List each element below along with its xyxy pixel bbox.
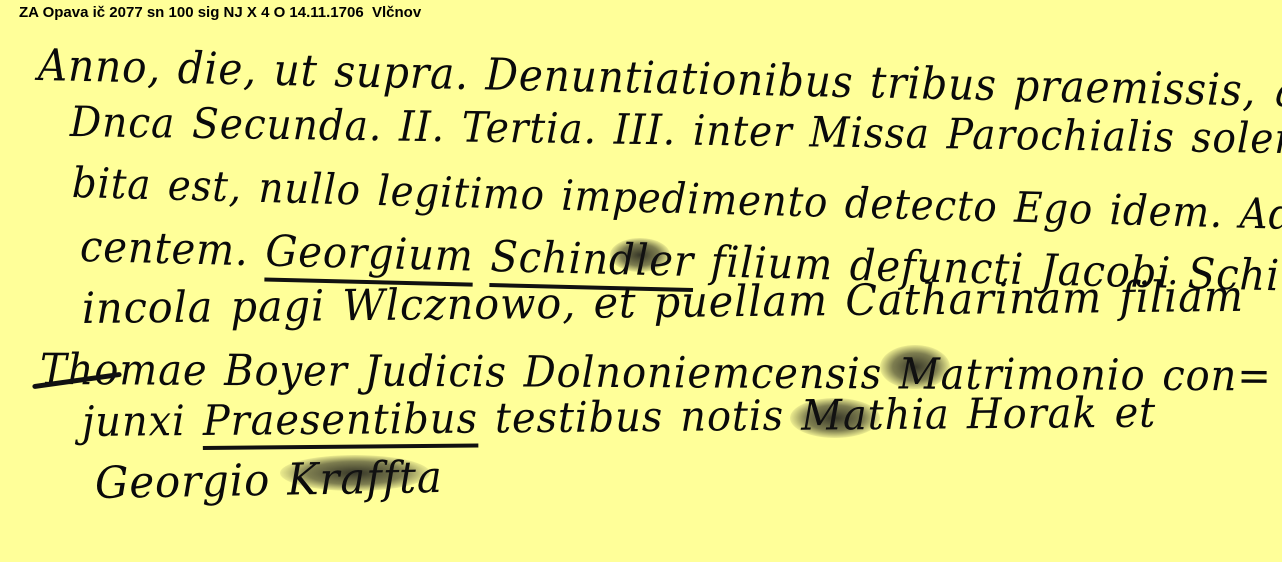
- ink-blot-matrimonio: [880, 345, 950, 389]
- word: est,: [167, 161, 242, 212]
- handwritten-register-entry: Anno,die,utsupra.Denuntiationibustribusp…: [0, 0, 1282, 562]
- word-underlined: Praesentibus: [203, 394, 478, 450]
- word: Parochialis: [946, 109, 1175, 161]
- word: et: [1114, 388, 1156, 437]
- word: testibus: [495, 392, 664, 442]
- word: II.: [399, 102, 446, 152]
- ink-blot-kraffta: [280, 455, 430, 491]
- word: notis: [680, 391, 784, 441]
- word: Judicis: [364, 347, 507, 398]
- word: et: [593, 278, 636, 328]
- word: Boyer: [224, 346, 348, 397]
- word: con=: [1162, 351, 1272, 402]
- word: solennia: [1191, 113, 1282, 164]
- word: Horak: [967, 388, 1098, 438]
- word: Georgio: [95, 455, 271, 509]
- word: die,: [177, 43, 257, 96]
- word: Adoles=: [1239, 189, 1282, 242]
- word: centem.: [79, 222, 249, 276]
- word: bita: [71, 158, 152, 209]
- word: Thomae: [40, 345, 208, 396]
- word: quarum: [1272, 66, 1282, 120]
- word: Missa: [809, 107, 930, 158]
- word: detecto: [844, 178, 998, 231]
- word: incola: [82, 283, 214, 334]
- word: Tertia.: [461, 102, 597, 153]
- word: tribus: [870, 57, 998, 111]
- word: ut: [273, 45, 318, 97]
- ink-blot-mathia: [790, 398, 880, 438]
- word: nullo: [258, 163, 362, 215]
- word: inter: [693, 106, 793, 156]
- word: III.: [613, 105, 676, 155]
- word: idem.: [1109, 185, 1224, 237]
- word: Dnca: [70, 97, 176, 147]
- manuscript-line-7: junxiPraesentibustestibusnotisMathiaHora…: [82, 387, 1174, 451]
- word: praemissis,: [1013, 60, 1257, 116]
- word: puellam: [654, 276, 829, 328]
- word: supra.: [334, 46, 470, 100]
- word: Ego: [1014, 183, 1094, 234]
- word: Catharinam: [845, 273, 1102, 326]
- word: pagi: [230, 281, 325, 332]
- word: Anno,: [37, 40, 161, 94]
- word: legitimo: [377, 166, 546, 219]
- word: Wlcznowo,: [342, 279, 576, 331]
- word: filiam: [1119, 272, 1244, 323]
- word: junxi: [82, 396, 186, 446]
- ink-blot-schindler: [610, 238, 670, 272]
- word-underlined: Georgium: [265, 227, 475, 287]
- word: Denuntiationibus: [485, 49, 854, 108]
- word: Secunda.: [192, 99, 383, 151]
- word: impedimento: [561, 171, 829, 227]
